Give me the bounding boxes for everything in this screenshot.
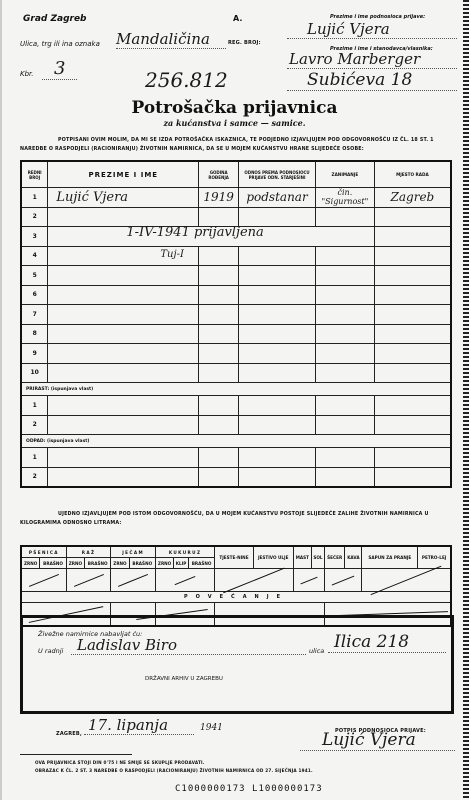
member-relation	[239, 363, 316, 383]
member-workplace	[374, 246, 451, 266]
cell	[374, 415, 451, 435]
footnote-legal: OBRAZAC K ČL. 2 ST. 3 NAREDBE O RASPODJE…	[35, 768, 313, 773]
supplies-group-header: PŠENICA RAŽ JEČAM KUKURUZ TJESTE-NINE JE…	[21, 546, 451, 558]
col-header-occupation: ZANIMANJE	[315, 161, 374, 188]
member-name	[48, 285, 199, 305]
row-number: 6	[21, 285, 48, 305]
row-number: 2	[21, 415, 48, 435]
cell	[215, 569, 294, 592]
member-birth-year	[199, 363, 239, 383]
shop-street-value: Ilica 218	[328, 632, 446, 653]
member-workplace	[374, 266, 451, 286]
member-occupation	[315, 266, 374, 286]
col-salt: SOL	[311, 546, 324, 569]
series-letter: A.	[233, 14, 242, 23]
landlord-address: Subićeva 18	[287, 70, 457, 91]
member-relation	[239, 285, 316, 305]
member-occupation	[315, 324, 374, 344]
row-number: 1	[21, 396, 48, 416]
member-name	[48, 344, 199, 364]
table-row: 6	[21, 285, 451, 305]
member-name	[48, 363, 199, 383]
registration-number: 256.812	[145, 68, 228, 92]
place-label: ZAGREB,	[56, 731, 82, 737]
sub-grain: ZRNO	[155, 558, 173, 569]
member-occupation	[315, 344, 374, 364]
member-name	[48, 305, 199, 325]
member-relation	[239, 305, 316, 325]
member-relation	[239, 207, 316, 227]
group-rye: RAŽ	[66, 546, 111, 558]
strike-line	[175, 576, 196, 585]
sub-flour: BRAŠNO	[40, 558, 66, 569]
col-pasta: TJESTE-NINE	[215, 546, 253, 569]
stamp-code: C1000000173 L1000000173	[175, 784, 323, 794]
cell	[239, 467, 316, 487]
cell	[374, 448, 451, 468]
street-label: Ulica, trg ili ina oznaka	[20, 40, 100, 48]
cell	[315, 415, 374, 435]
sub-grain: ZRNO	[66, 558, 84, 569]
member-occupation	[315, 363, 374, 383]
table-row: 4 Tuj-I	[21, 246, 451, 266]
cell	[362, 569, 451, 592]
applicant-value: Lujić Vjera	[287, 20, 457, 39]
member-workplace	[374, 363, 451, 383]
declaration-text: POTPISANI OVIM MOLIM, DA MI SE IZDA POTR…	[20, 136, 456, 154]
member-occupation	[315, 285, 374, 305]
supplies-statement: UJEDNO IZJAVLJUJEM POD ISTOM ODGOVORNOŠĆ…	[20, 510, 456, 528]
cell	[293, 569, 324, 592]
landlord-value: Lavro Marberger	[287, 50, 457, 69]
member-occupation	[315, 246, 374, 266]
cell	[48, 415, 199, 435]
member-relation: podstanar	[239, 188, 316, 208]
col-header-no: REDNI BROJ	[21, 161, 48, 188]
member-name	[48, 207, 199, 227]
cell	[374, 467, 451, 487]
row-number: 2	[21, 207, 48, 227]
date-value: 17. lipanja	[84, 716, 194, 735]
member-relation	[239, 246, 316, 266]
member-name: Lujić Vjera	[48, 188, 199, 208]
supplies-values-row	[21, 569, 451, 592]
table-row: 3 1-IV-1941 prijavljena	[21, 227, 451, 247]
table-row: 1 Lujić Vjera 1919 podstanar čin. "Sigur…	[21, 188, 451, 208]
year-value: 1941	[200, 723, 223, 733]
cell	[374, 396, 451, 416]
table-row: 1	[21, 448, 451, 468]
sub-grain: ZRNO	[111, 558, 129, 569]
col-lard: MAST	[293, 546, 311, 569]
increase-label: PRIRAST: (ispunjava vlast)	[21, 383, 451, 396]
cell	[48, 396, 199, 416]
col-header-name: PREZIME I IME	[48, 161, 199, 188]
footnote-price: OVA PRIJAVNICA STOJI DIN 0'75 I NE SMIJE…	[35, 760, 205, 765]
store-label: U radnji	[38, 647, 63, 655]
member-relation	[239, 324, 316, 344]
registration-note: 1-IV-1941 prijavljena	[126, 225, 263, 240]
group-wheat: PŠENICA	[21, 546, 66, 558]
col-header-year: GODINA ROĐENJA	[199, 161, 239, 188]
group-barley: JEČAM	[111, 546, 156, 558]
cell	[324, 569, 361, 592]
cell	[239, 448, 316, 468]
members-table: REDNI BROJ PREZIME I IME GODINA ROĐENJA …	[20, 160, 452, 488]
signature-value: Lujić Vjera	[300, 730, 455, 751]
table-row: 2	[21, 207, 451, 227]
member-occupation	[315, 305, 374, 325]
row-number: 9	[21, 344, 48, 364]
member-birth-year	[199, 246, 239, 266]
row-number: 2	[21, 467, 48, 487]
member-workplace	[374, 305, 451, 325]
cell	[21, 569, 66, 592]
sub-flour: BRAŠNO	[84, 558, 110, 569]
strike-line	[118, 574, 148, 587]
table-row: 10	[21, 363, 451, 383]
street-value: Mandaličina	[116, 30, 226, 49]
archive-stamp: DRŽAVNI ARHIV U ZAGREBU	[145, 676, 223, 682]
cell	[199, 396, 239, 416]
cell	[315, 396, 374, 416]
col-header-relation: ODNOS PREMA PODNOSIOCU PRIJAVE ODN. STAR…	[239, 161, 316, 188]
row-number: 5	[21, 266, 48, 286]
table-row: 2	[21, 467, 451, 487]
row-number: 8	[21, 324, 48, 344]
col-petroleum: PETRO-LEJ	[418, 546, 451, 569]
strike-line	[332, 575, 355, 585]
table-row: 7	[21, 305, 451, 325]
cell	[315, 448, 374, 468]
cell	[239, 415, 316, 435]
city-label: Grad Zagreb	[23, 14, 87, 24]
table-row: 2	[21, 415, 451, 435]
row-number: 10	[21, 363, 48, 383]
member-name	[48, 266, 199, 286]
cell	[66, 569, 111, 592]
shop-street-label: ulica	[309, 647, 324, 655]
member-note: 1-IV-1941 prijavljena	[48, 227, 374, 247]
house-no-label: Kbr.	[20, 70, 34, 78]
row-number: 3	[21, 227, 48, 247]
col-oil: JESTIVO ULJE	[253, 546, 293, 569]
member-birth-year	[199, 344, 239, 364]
member-workplace	[374, 324, 451, 344]
member-occupation: čin. "Sigurnost"	[315, 188, 374, 208]
table-row: 9	[21, 344, 451, 364]
col-sugar: ŠEĆER	[324, 546, 344, 569]
initials-note: Tuj-I	[160, 249, 184, 260]
cell	[155, 569, 214, 592]
member-workplace	[374, 344, 451, 364]
member-name: Tuj-I	[48, 246, 199, 266]
member-name	[48, 324, 199, 344]
increase-label: POVEĆANJE	[21, 592, 451, 603]
member-birth-year	[199, 207, 239, 227]
house-no-value: 3	[42, 58, 77, 80]
shop-box: Živežne namirnice nabavljat ću: U radnji…	[20, 615, 454, 714]
decrease-section-header: ODPAD: (ispunjava vlast)	[21, 435, 451, 448]
row-number: 4	[21, 246, 48, 266]
member-relation	[239, 266, 316, 286]
member-occupation	[315, 207, 374, 227]
strike-line	[74, 574, 104, 587]
cell	[48, 467, 199, 487]
sub-cob: KLIP	[174, 558, 189, 569]
strike-line	[300, 577, 317, 585]
member-birth-year	[199, 266, 239, 286]
member-workplace	[374, 207, 451, 227]
decrease-label: ODPAD: (ispunjava vlast)	[21, 435, 451, 448]
col-header-workplace: MJESTO RADA	[374, 161, 451, 188]
col-soap: SAPUN ZA PRANJE	[362, 546, 418, 569]
member-birth-year	[199, 285, 239, 305]
row-number: 7	[21, 305, 48, 325]
table-row: 1	[21, 396, 451, 416]
col-coffee: KAVA	[345, 546, 362, 569]
sub-flour: BRAŠNO	[188, 558, 214, 569]
members-header-row: REDNI BROJ PREZIME I IME GODINA ROĐENJA …	[21, 161, 451, 188]
cell	[199, 448, 239, 468]
member-birth-year	[199, 324, 239, 344]
strike-line	[29, 574, 59, 587]
table-row: 5	[21, 266, 451, 286]
sub-grain: ZRNO	[21, 558, 40, 569]
cell	[111, 569, 156, 592]
cell	[199, 415, 239, 435]
member-workplace: Zagreb	[374, 188, 451, 208]
group-corn: KUKURUZ	[155, 546, 214, 558]
footnote-divider	[20, 754, 132, 755]
member-workplace	[374, 227, 451, 247]
member-workplace	[374, 285, 451, 305]
cell	[199, 467, 239, 487]
strike-line	[371, 566, 441, 595]
member-birth-year	[199, 305, 239, 325]
row-number: 1	[21, 448, 48, 468]
member-relation	[239, 344, 316, 364]
sub-flour: BRAŠNO	[129, 558, 155, 569]
table-row: 8	[21, 324, 451, 344]
cell	[315, 467, 374, 487]
cell	[239, 396, 316, 416]
cell	[48, 448, 199, 468]
store-value: Ladislav Biro	[71, 636, 306, 655]
form-title: Potrošačka prijavnica	[0, 98, 469, 118]
strike-line	[223, 568, 284, 593]
reg-no-label: REG. BROJ:	[228, 40, 261, 46]
form-subtitle: za kućanstva i samce — samice.	[0, 118, 469, 128]
member-birth-year: 1919	[199, 188, 239, 208]
row-number: 1	[21, 188, 48, 208]
increase-section-header: PRIRAST: (ispunjava vlast)	[21, 383, 451, 396]
increase-row-header: POVEĆANJE	[21, 592, 451, 603]
